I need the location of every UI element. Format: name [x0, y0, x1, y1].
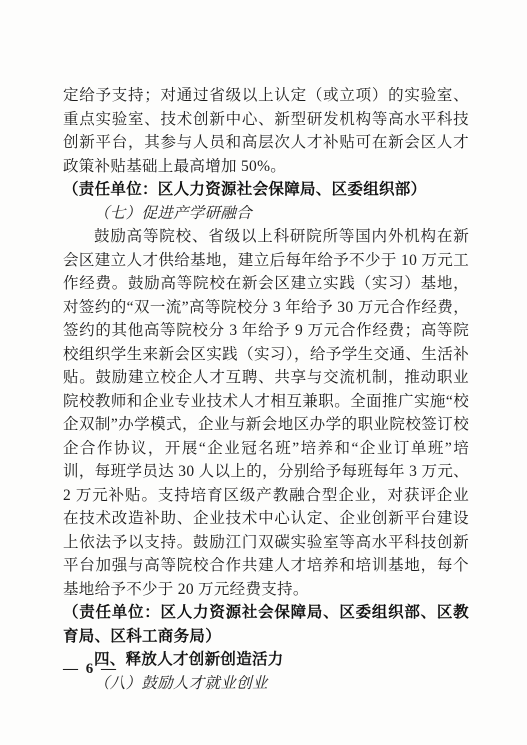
document-body: 定给予支持；对通过省级以上认定（或立项）的实验室、重点实验室、技术创新中心、新型… — [63, 84, 469, 695]
paragraph-responsibility: （责任单位：区人力资源社会保障局、区委组织部） — [63, 178, 469, 202]
paragraph-subheading-kai: （八）鼓励人才就业创业 — [63, 672, 469, 696]
paragraph-heading-hei: 四、释放人才创新创造活力 — [63, 648, 469, 672]
paragraph-body: 定给予支持；对通过省级以上认定（或立项）的实验室、重点实验室、技术创新中心、新型… — [63, 84, 469, 178]
paragraph-body: 鼓励高等院校、省级以上科研院所等国内外机构在新会区建立人才供给基地，建立后每年给… — [63, 225, 469, 601]
paragraph-subheading-kai: （七）促进产学研融合 — [63, 202, 469, 226]
paragraph-responsibility: （责任单位：区人力资源社会保障局、区委组织部、区教育局、区科工商务局） — [63, 601, 469, 648]
page-number: — 6 — — [63, 661, 118, 678]
document-page: 定给予支持；对通过省级以上认定（或立项）的实验室、重点实验室、技术创新中心、新型… — [0, 0, 527, 745]
